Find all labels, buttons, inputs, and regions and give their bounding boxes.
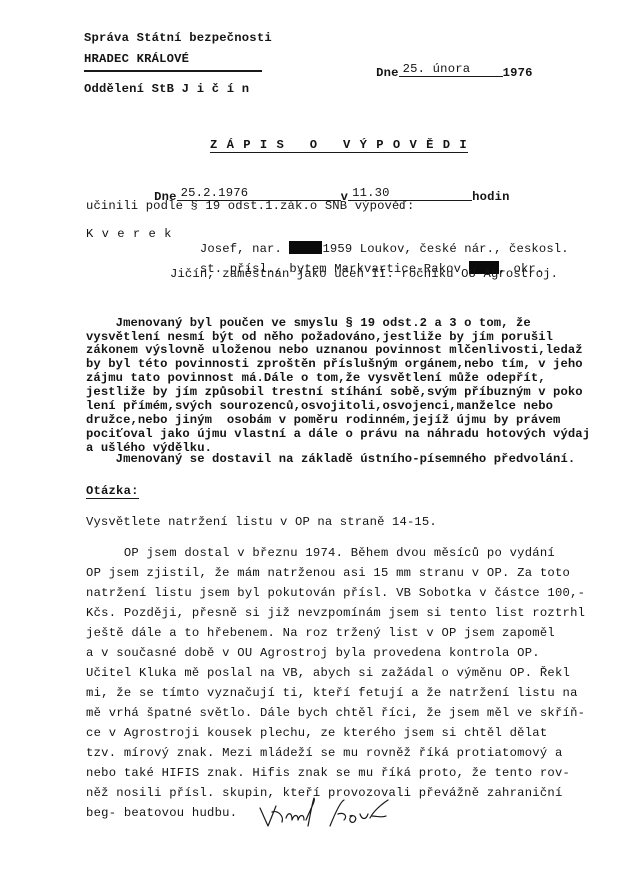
answer-line: OP jsem dostal v březnu 1974. Během dvou… bbox=[86, 546, 555, 560]
agency-name: Správa Státní bezpečnosti bbox=[84, 31, 272, 45]
instruction-line: by byl této povinnosti zproštěn příslušn… bbox=[86, 357, 583, 371]
scanned-document-page: Správa Státní bezpečnosti HRADEC KRÁLOVÉ… bbox=[0, 0, 622, 886]
answer-line: beg- beatovou hudbu. bbox=[86, 806, 237, 820]
question-text: Vysvětlete natržení listu v OP na straně… bbox=[86, 515, 437, 529]
answer-line: nebo také HIFIS znak. Hifis znak se mu ř… bbox=[86, 766, 570, 780]
summons-line: Jmenovaný se dostavil na základě ústního… bbox=[86, 452, 575, 466]
answer-line: a v současné době v OU Agrostroj byla pr… bbox=[86, 646, 540, 660]
instruction-line: zákonem výslovně uloženou nebo uznanou p… bbox=[86, 343, 583, 357]
person-surname: K v e r e k bbox=[86, 227, 172, 241]
agency-city: HRADEC KRÁLOVÉ bbox=[84, 52, 189, 66]
instruction-line: jestliže by jím způsobil trestní stíhání… bbox=[86, 385, 583, 399]
header-date-year: 1976 bbox=[503, 66, 533, 80]
instruction-line: vysvětlení nesmí být od něho požadováno,… bbox=[86, 330, 553, 344]
header-date-label: Dne bbox=[376, 66, 399, 80]
document-title: Z Á P I S O V Ý P O V Ě D I bbox=[210, 138, 468, 153]
header-divider bbox=[84, 70, 262, 72]
answer-line: mi, že se tímto vyznačují ti, kteří fetu… bbox=[86, 686, 578, 700]
answer-line: mě vrhá špatné světlo. Dále bych chtěl ř… bbox=[86, 706, 585, 720]
answer-line: ještě dále a to hřebenem. Na roz tržený … bbox=[86, 626, 555, 640]
header-date-value: 25. února bbox=[399, 62, 503, 77]
instruction-line: lení přímém,svých sourozenců,osvojitoli,… bbox=[86, 399, 553, 413]
instruction-line: družce,nebo jiným osobám v poměru rodinn… bbox=[86, 413, 560, 427]
instruction-line: Jmenovaný byl poučen ve smyslu § 19 odst… bbox=[86, 316, 531, 330]
session-hours-label: hodin bbox=[472, 190, 510, 204]
answer-line: Kčs. Později, přesně si již nevzpomínám … bbox=[86, 606, 585, 620]
question-label: Otázka: bbox=[86, 484, 139, 498]
question-label-text: Otázka: bbox=[86, 484, 139, 499]
answer-line: tzv. mírový znak. Mezi mládeží se mu rov… bbox=[86, 746, 563, 760]
answer-line: natržení listu jsem byl pokutován přísl.… bbox=[86, 586, 585, 600]
instruction-line: zájmu tato povinnost má.Dále o tom,že vy… bbox=[86, 371, 546, 385]
answer-line: Učitel Kluka mě poslal na VB, abych si z… bbox=[86, 666, 570, 680]
department-name: Oddělení StB J i č í n bbox=[84, 82, 249, 96]
handwritten-signature-icon bbox=[258, 796, 398, 832]
legal-basis-line: učinili podle § 19 odst.1.zák.o SNB výpo… bbox=[86, 199, 414, 213]
answer-line: OP jsem zjistil, že mám natrženou asi 15… bbox=[86, 566, 570, 580]
header-date: Dne25. února1976 bbox=[346, 52, 533, 95]
person-line-3: Jičín, zaměstnán jako učeň II. ročníku O… bbox=[170, 267, 558, 281]
instruction-line: pociťoval jako újmu vlastní a dále o prá… bbox=[86, 427, 590, 441]
answer-line: ce v Agrostroji kousek plechu, ze kteréh… bbox=[86, 726, 547, 740]
